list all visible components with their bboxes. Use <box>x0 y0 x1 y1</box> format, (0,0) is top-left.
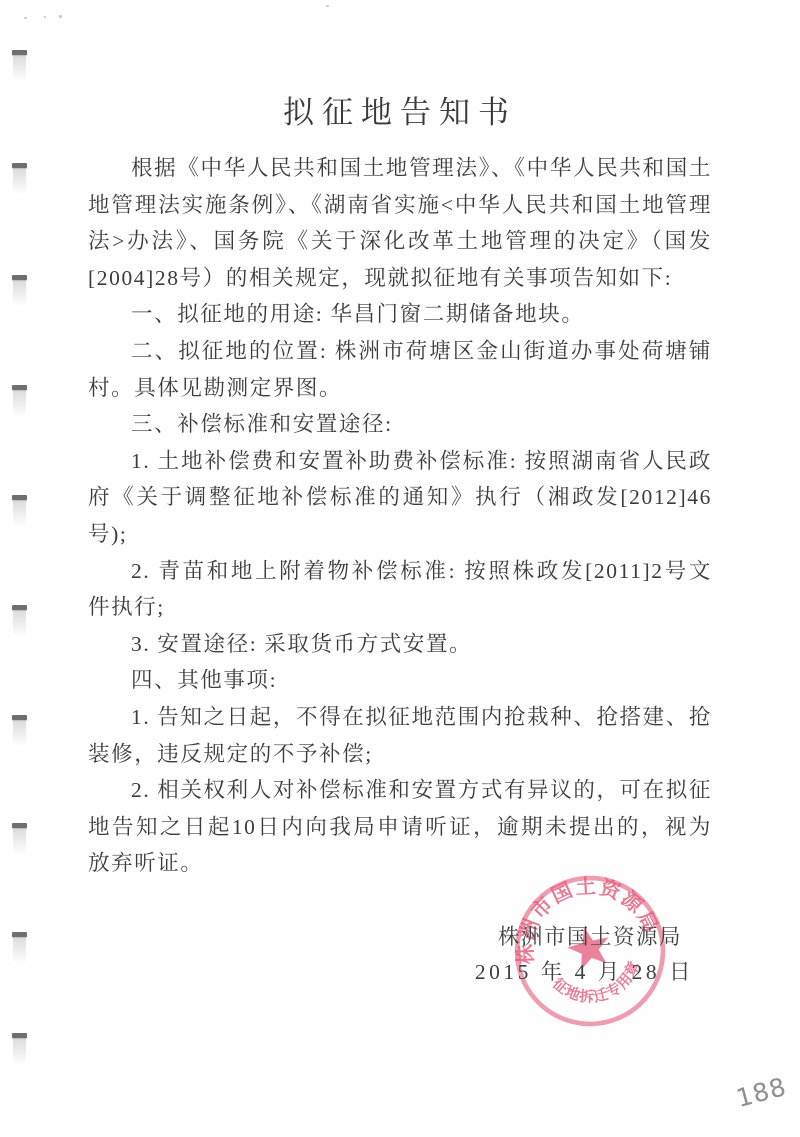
document-paragraph: 一、拟征地的用途: 华昌门窗二期储备地块。 <box>88 296 712 333</box>
page-number: 188 <box>733 1072 789 1113</box>
document-paragraph: 四、其他事项: <box>88 662 712 699</box>
scan-speck <box>24 17 27 19</box>
binding-mark-shadow <box>13 168 26 194</box>
binding-mark-shadow <box>13 610 26 636</box>
binding-mark-shadow <box>13 828 26 854</box>
binding-mark-shadow <box>13 1038 26 1064</box>
binding-mark-shadow <box>13 500 26 526</box>
document-paragraph: 1. 土地补偿费和安置补助费补偿标准: 按照湖南省人民政府《关于调整征地补偿标准… <box>88 443 712 553</box>
signature-agency: 株洲市国土资源局 <box>498 920 682 951</box>
document-title: 拟征地告知书 <box>0 87 800 132</box>
document-paragraph: 3. 安置途径: 采取货币方式安置。 <box>88 626 712 663</box>
scan-speck <box>59 15 62 18</box>
binding-mark-shadow <box>13 280 26 306</box>
document-page: 拟征地告知书 根据《中华人民共和国土地管理法》、《中华人民共和国土地管理法实施条… <box>0 0 800 1137</box>
signature-date: 2015 年 4 月 28 日 <box>475 955 694 986</box>
document-paragraph: 根据《中华人民共和国土地管理法》、《中华人民共和国土地管理法实施条例》、《湖南省… <box>88 150 712 296</box>
document-paragraph: 二、拟征地的位置: 株洲市荷塘区金山街道办事处荷塘铺村。具体见勘测定界图。 <box>88 333 712 406</box>
binding-mark-shadow <box>13 720 26 746</box>
official-seal: 株洲市国土资源局 征地拆迁专用章 <box>492 855 687 1047</box>
official-seal-graphic: 株洲市国土资源局 征地拆迁专用章 <box>492 855 687 1047</box>
scan-speck <box>326 5 329 7</box>
document-paragraph: 2. 青苗和地上附着物补偿标准: 按照株政发[2011]2号文件执行; <box>88 553 712 626</box>
document-paragraph: 三、补偿标准和安置途径: <box>88 406 712 443</box>
document-paragraph: 1. 告知之日起，不得在拟征地范围内抢栽种、抢搭建、抢装修，违反规定的不予补偿; <box>88 699 712 772</box>
binding-mark-shadow <box>13 390 26 416</box>
document-body: 根据《中华人民共和国土地管理法》、《中华人民共和国土地管理法实施条例》、《湖南省… <box>88 150 712 882</box>
binding-mark-shadow <box>13 55 26 81</box>
binding-mark-shadow <box>13 937 26 963</box>
scan-speck <box>44 16 46 18</box>
